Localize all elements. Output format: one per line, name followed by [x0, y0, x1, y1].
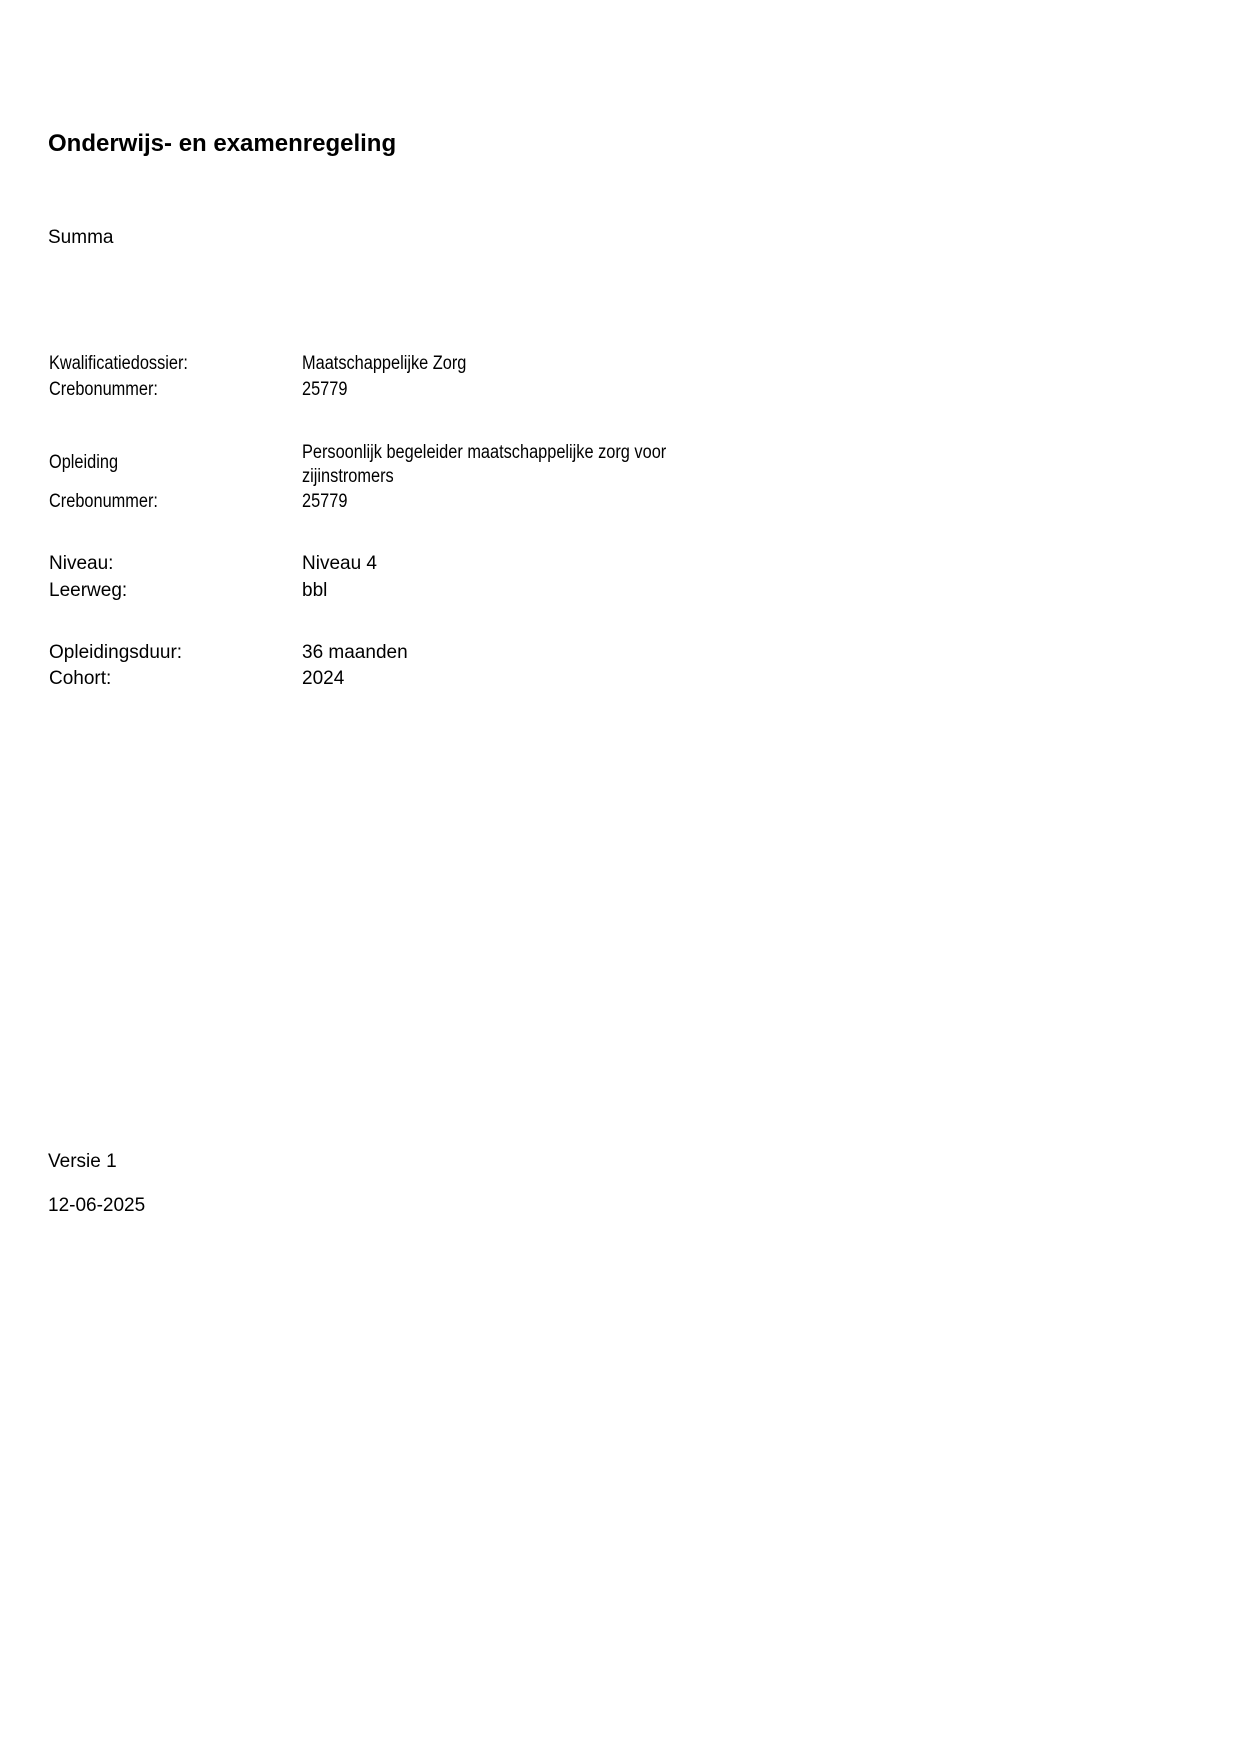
label-opleidingsduur: Opleidingsduur: — [49, 641, 182, 665]
value-kwalificatiedossier: Maatschappelijke Zorg — [302, 352, 466, 376]
label-cohort: Cohort: — [49, 667, 111, 691]
label-opleiding: Opleiding — [49, 451, 118, 475]
label-crebonummer-opleiding: Crebonummer: — [49, 490, 158, 514]
document-date: 12-06-2025 — [48, 1194, 145, 1218]
institution-name: Summa — [48, 226, 113, 250]
value-opleidingsduur: 36 maanden — [302, 641, 408, 665]
value-crebonummer-opleiding: 25779 — [302, 490, 347, 514]
document-title: Onderwijs- en examenregeling — [48, 129, 396, 159]
value-niveau: Niveau 4 — [302, 552, 377, 576]
value-cohort: 2024 — [302, 667, 344, 691]
label-crebonummer-dossier: Crebonummer: — [49, 378, 158, 402]
value-opleiding-line2: zijinstromers — [302, 465, 394, 489]
label-leerweg: Leerweg: — [49, 579, 127, 603]
value-leerweg: bbl — [302, 579, 327, 603]
label-kwalificatiedossier: Kwalificatiedossier: — [49, 352, 188, 376]
value-crebonummer-dossier: 25779 — [302, 378, 347, 402]
value-opleiding-line1: Persoonlijk begeleider maatschappelijke … — [302, 441, 666, 465]
version-label: Versie 1 — [48, 1150, 117, 1174]
label-niveau: Niveau: — [49, 552, 113, 576]
